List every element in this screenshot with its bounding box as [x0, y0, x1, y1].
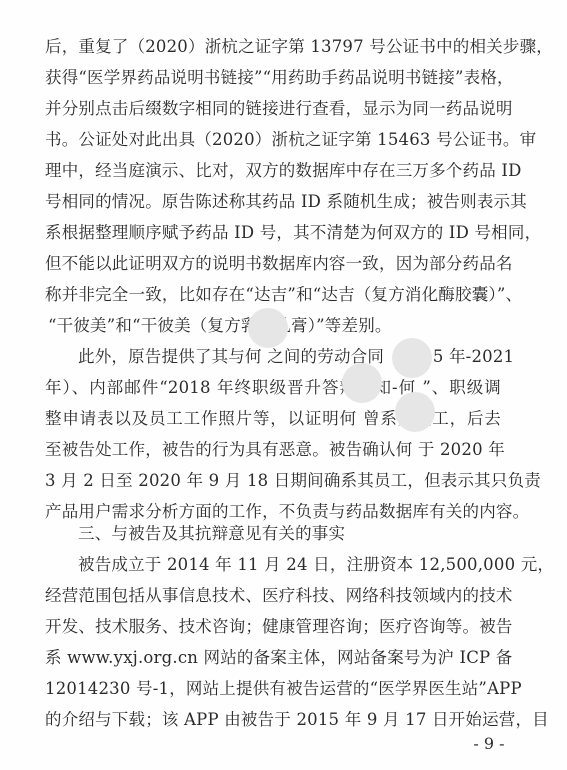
paragraph-line: 12014230 号-1，网站上提供有被告运营的“医学界医生站”APP — [45, 678, 501, 700]
section-heading: 三、与被告及其抗辩意见有关的事实 — [78, 523, 501, 545]
paragraph-line: 获得“医学界药品说明书链接”“用药助手药品说明书链接”表格， — [45, 67, 501, 89]
paragraph-line: 书。公证处对此出具（2020）浙杭之证字第 15463 号公证书。审 — [45, 129, 501, 151]
paragraph-line: 开发、技术服务、技术咨询；健康管理咨询；医疗咨询等。被告 — [45, 616, 501, 638]
paragraph-line: 3 月 2 日至 2020 年 9 月 18 日期间确系其员工，但表示其只负责 — [45, 470, 501, 492]
paragraph-line: 并分别点击后缀数字相同的链接进行查看，显示为同一药品说明 — [45, 98, 501, 120]
paragraph-line: 系 www.yxj.org.cn 网站的备案主体，网站备案号为沪 ICP 备 — [45, 647, 501, 669]
redaction-mark — [248, 308, 288, 348]
paragraph-line: 但不能以此证明双方的说明书数据库内容一致，因为部分药品名 — [45, 253, 501, 275]
redaction-mark — [395, 392, 435, 432]
document-page: 后，重复了（2020）浙杭之证字第 13797 号公证书中的相关步骤， 获得“医… — [0, 0, 567, 770]
redaction-mark — [342, 363, 382, 403]
paragraph-line: 的介绍与下载；该 APP 由被告于 2015 年 9 月 17 日开始运营，目 — [45, 709, 501, 731]
paragraph-line: 号相同的情况。原告陈述称其药品 ID 系随机生成；被告则表示其 — [45, 191, 501, 213]
redaction-mark — [392, 338, 432, 378]
paragraph-line: 系根据整理顺序赋予药品 ID 号，其不清楚为何双方的 ID 号相同， — [45, 222, 501, 244]
paragraph-line: 至被告处工作，被告的行为具有恶意。被告确认何 于 2020 年 — [45, 439, 501, 461]
paragraph-line: 年）、内部邮件“2018 年终职级晋升答辩通知-何 ”、职级调 — [45, 377, 501, 399]
paragraph-line: 产品用户需求分析方面的工作，不负责与药品数据库有关的内容。 — [45, 501, 501, 523]
paragraph-line: 称并非完全一致，比如存在“达吉”和“达吉（复方消化酶胶囊）”、 — [45, 284, 501, 306]
paragraph-line: 被告成立于 2014 年 11 月 24 日，注册资本 12,500,000 元… — [78, 554, 501, 576]
paragraph-line: 后，重复了（2020）浙杭之证字第 13797 号公证书中的相关步骤， — [45, 36, 501, 58]
paragraph-line: 理中，经当庭演示、比对，双方的数据库中存在三万多个药品 ID — [45, 160, 501, 182]
page-number: - 9 - — [468, 734, 510, 754]
paragraph-line: 此外，原告提供了其与何 之间的劳动合同（2015 年-2021 — [78, 346, 501, 368]
paragraph-line: 经营范围包括从事信息技术、医疗科技、网络科技领域内的技术 — [45, 585, 501, 607]
